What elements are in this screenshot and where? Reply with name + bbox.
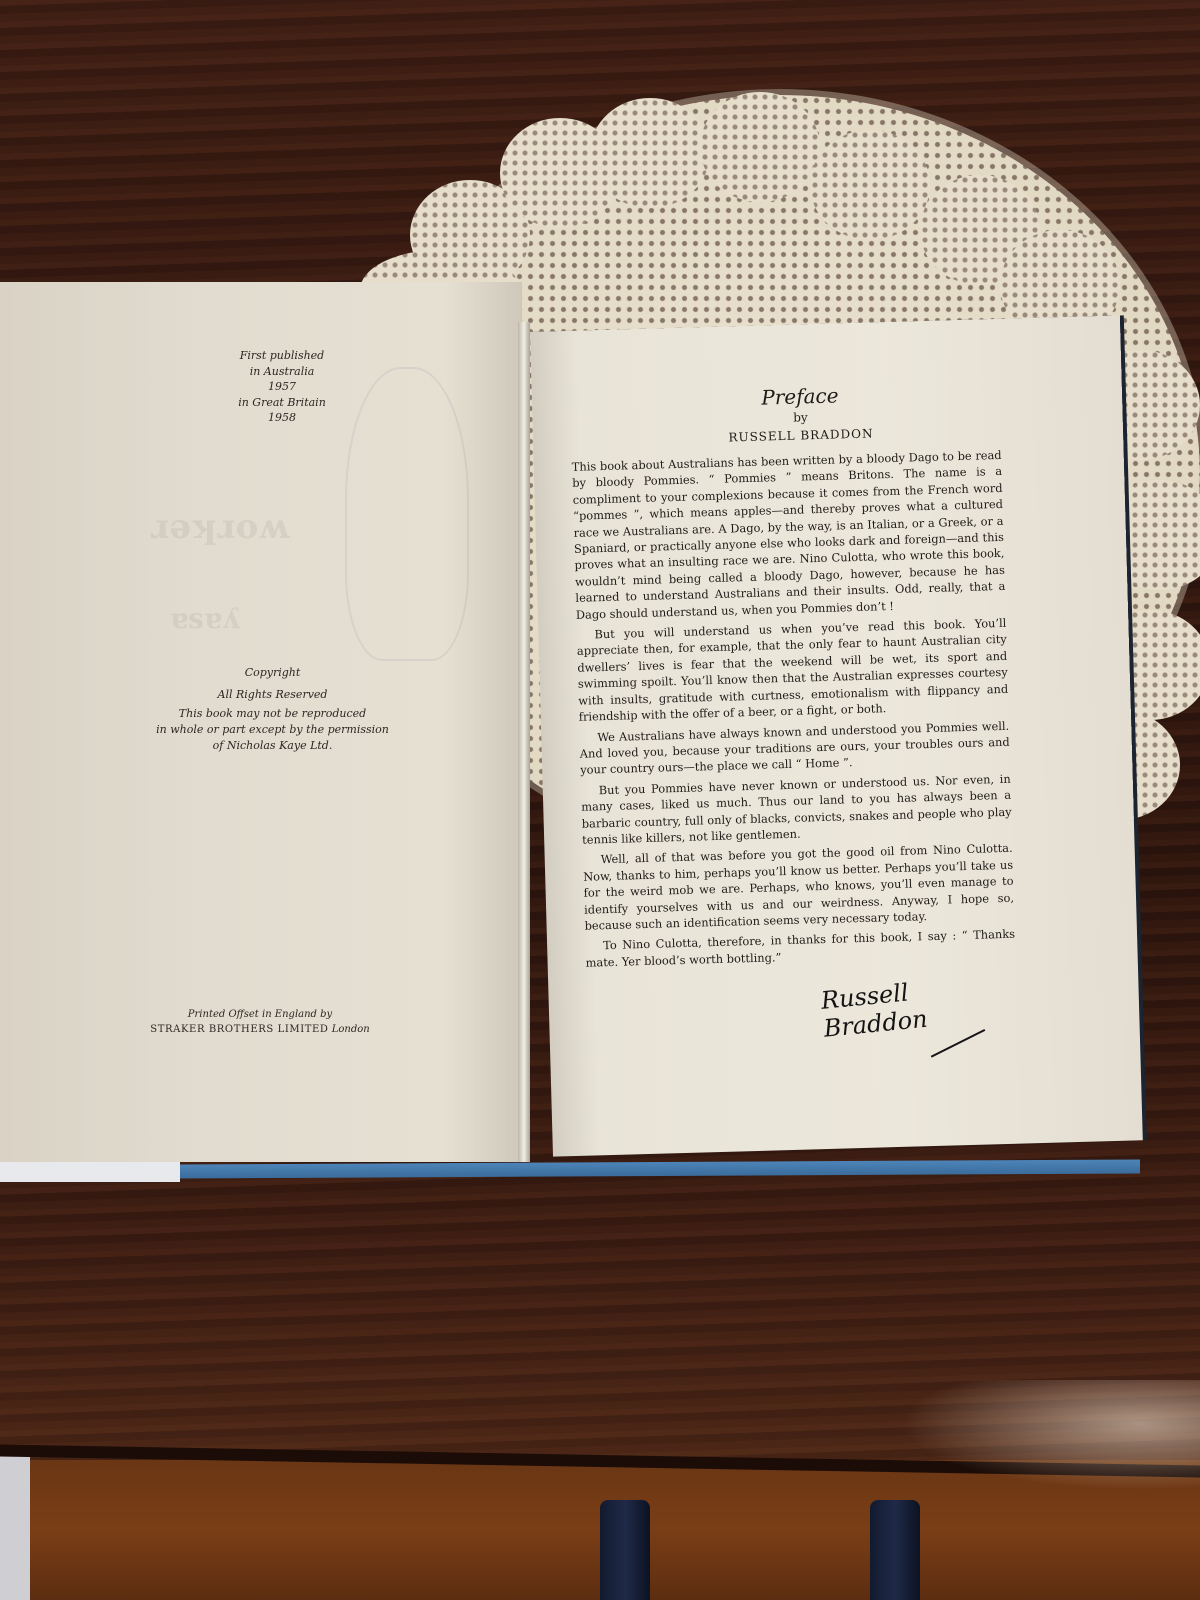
rights-reserved: All Rights Reserved (140, 684, 405, 706)
pub-line: First published (232, 348, 332, 364)
preface-paragraph: But you will understand us when you’ve r… (576, 615, 1009, 725)
open-book: ɹǝʞɹoʍ ɐsɐʎ First published in Australia… (0, 282, 1140, 1182)
copyright-notice: Copyright All Rights Reserved This book … (140, 662, 405, 754)
printer-line: Printed Offset in England by (110, 1007, 410, 1022)
book-cover-edge (180, 1159, 1140, 1178)
signature-underline (931, 1029, 986, 1058)
show-through-text: ɹǝʞɹoʍ (150, 507, 289, 547)
doily-scallop (590, 98, 710, 208)
printer-name: STRAKER BROTHERS LIMITED (150, 1024, 328, 1035)
preface-paragraph: To Nino Culotta, therefore, in thanks fo… (585, 926, 1016, 971)
left-page: ɹǝʞɹoʍ ɐsɐʎ First published in Australia… (0, 282, 522, 1162)
dust-jacket-edge (0, 1160, 180, 1182)
notice-line: of Nicholas Kaye Ltd. (140, 738, 405, 754)
wall-edge (0, 1450, 30, 1600)
copyright-heading: Copyright (140, 662, 405, 684)
light-reflection (900, 1380, 1200, 1490)
printer-credit: Printed Offset in England by STRAKER BRO… (110, 1007, 410, 1037)
pub-line: in Australia (232, 364, 332, 380)
doily-scallop (810, 130, 930, 240)
show-through-illustration (345, 367, 469, 661)
person-leg (870, 1500, 920, 1600)
right-page: Preface by RUSSELL BRADDON This book abo… (530, 316, 1143, 1157)
preface-paragraph: We Australians have always known and und… (579, 717, 1010, 778)
pub-year: 1958 (232, 410, 332, 426)
preface-paragraph: Well, all of that was before you got the… (583, 840, 1015, 934)
publication-history: First published in Australia 1957 in Gre… (232, 348, 332, 426)
show-through-text: ɐsɐʎ (170, 602, 240, 635)
photo-scene: ɹǝʞɹoʍ ɐsɐʎ First published in Australia… (0, 0, 1200, 1600)
book-gutter (518, 322, 530, 1162)
notice-line: This book may not be reproduced (140, 706, 405, 722)
person-leg (600, 1500, 650, 1600)
pub-year: 1957 (232, 379, 332, 395)
author-signature: Russell Braddon (820, 968, 1020, 1043)
pub-line: in Great Britain (232, 395, 332, 411)
preface-paragraph: But you Pommies have never known or unde… (581, 770, 1013, 848)
doily-scallop (700, 92, 820, 202)
notice-line: in whole or part except by the permissio… (140, 722, 405, 738)
preface-paragraph: This book about Australians has been wri… (572, 447, 1006, 623)
preface: Preface by RUSSELL BRADDON This book abo… (570, 379, 1018, 1055)
printer-city: London (332, 1024, 370, 1035)
